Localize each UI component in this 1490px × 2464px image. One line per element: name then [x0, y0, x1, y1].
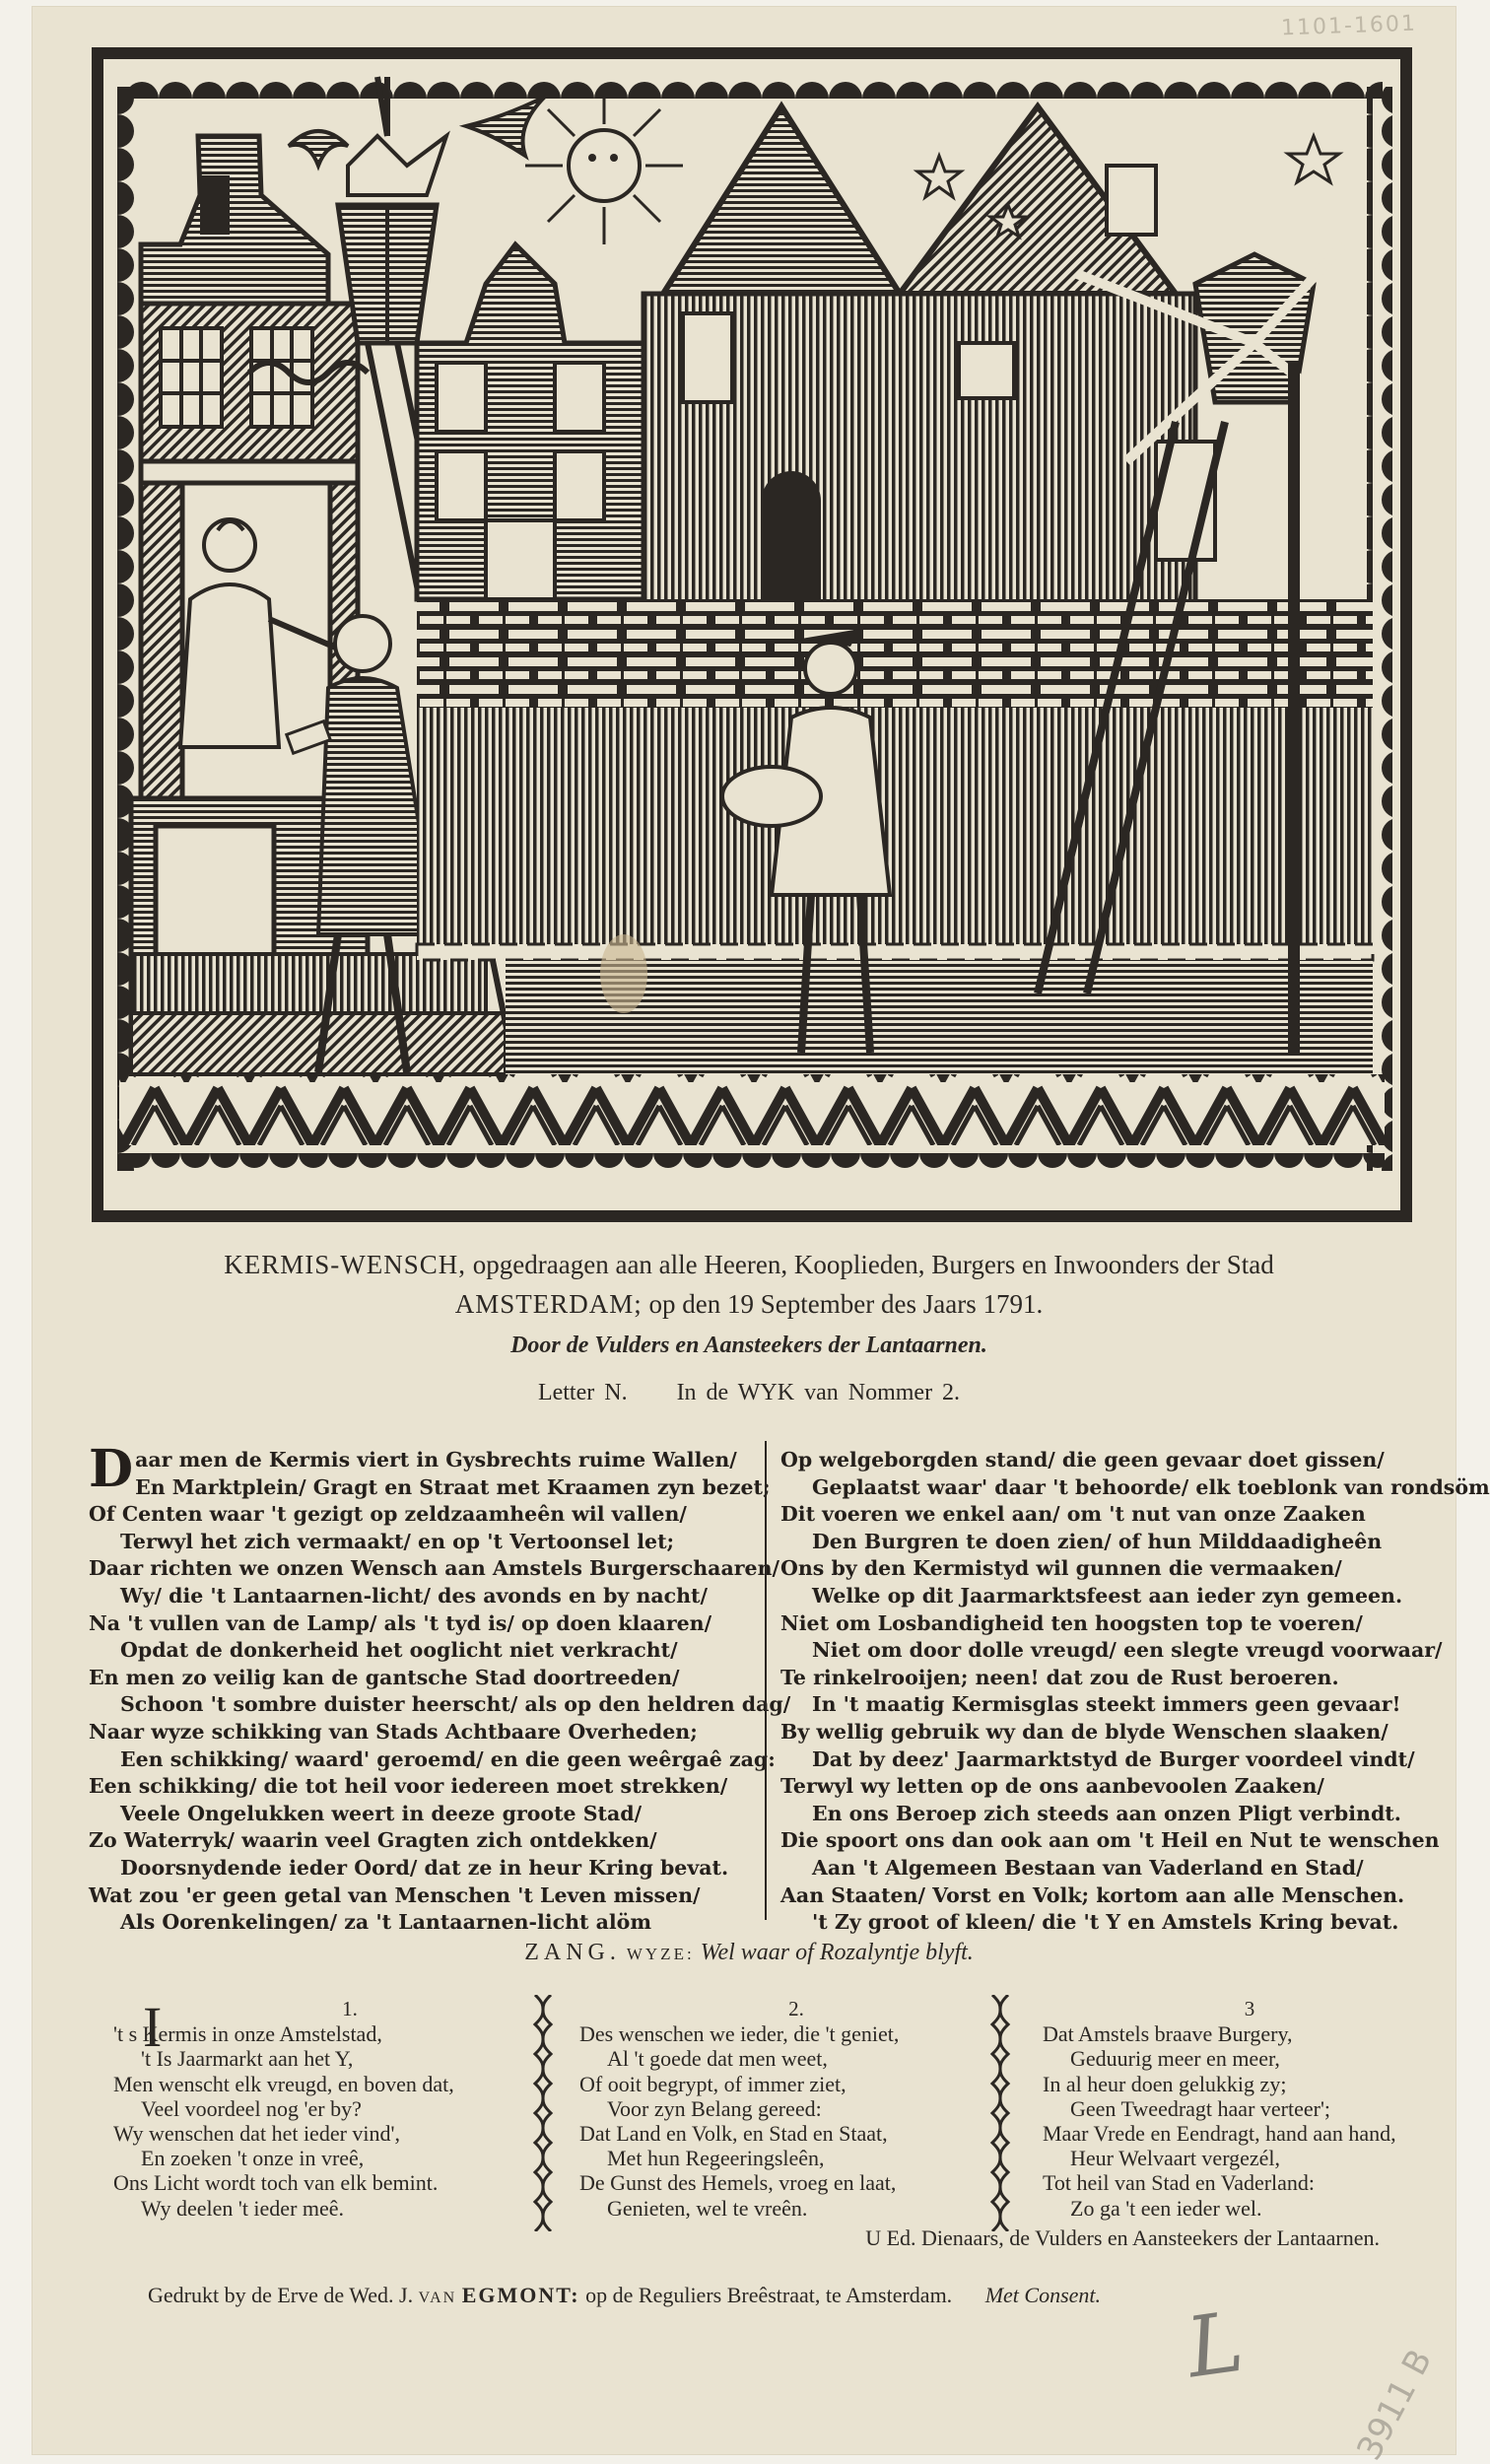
poem-line: In 't maatig Kermisglas steekt immers ge…: [780, 1691, 1470, 1719]
stanza-line: De Gunst des Hemels, vroeg en laat,: [579, 2170, 1013, 2195]
stanza-line: Dat Amstels braave Burgery,: [1043, 2021, 1456, 2046]
stanza-line: Veel voordeel nog 'er by?: [113, 2096, 527, 2121]
title-city: AMSTERDAM;: [455, 1289, 643, 1319]
wyk-label: In de WYK van Nommer 2.: [677, 1380, 961, 1405]
stanza-line: Des wenschen we ieder, die 't geniet,: [579, 2021, 1013, 2046]
stanza-line: Al 't goede dat men weet,: [579, 2046, 1013, 2071]
stanza-line: Genieten, wel te vreên.: [579, 2196, 1013, 2221]
poem-line: Daar richten we onzen Wensch aan Amstels…: [89, 1555, 759, 1583]
song-wyze-label: WYZE:: [627, 1945, 695, 1963]
poem-line: Welke op dit Jaarmarktsfeest aan ieder z…: [780, 1583, 1470, 1610]
column-divider: [765, 1441, 767, 1920]
stanza-line: Tot heil van Stad en Vaderland:: [1043, 2170, 1456, 2195]
song-tune: Wel waar of Rozalyntje blyft.: [701, 1940, 974, 1965]
broadside-title: KERMIS-WENSCH, opgedraagen aan alle Heer…: [99, 1245, 1399, 1324]
poem-line: Aan 't Algemeen Bestaan van Vaderland en…: [780, 1855, 1470, 1882]
imprint-printer: EGMONT:: [462, 2283, 580, 2307]
woodcut-illustration: [92, 47, 1412, 1222]
poem-line: Na 't vullen van de Lamp/ als 't tyd is/…: [89, 1610, 759, 1638]
braid-divider-2: [989, 1995, 1011, 2231]
poem-line: Een schikking/ waard' geroemd/ en die ge…: [89, 1746, 759, 1774]
poem-line: En men zo veilig kan de gantsche Stad do…: [89, 1665, 759, 1692]
song-heading: ZANG. WYZE: Wel waar of Rozalyntje blyft…: [99, 1940, 1399, 1966]
imprint-van: VAN: [419, 2290, 457, 2306]
imprint-prefix: Gedrukt by de Erve de Wed. J.: [148, 2283, 413, 2307]
imprint-consent: Met Consent.: [985, 2283, 1101, 2307]
title-headline-rest: opgedraagen aan alle Heeren, Kooplieden,…: [473, 1250, 1274, 1279]
poem-line: Doorsnydende ieder Oord/ dat ze in heur …: [89, 1855, 759, 1882]
letter-label: Letter N.: [538, 1380, 628, 1405]
stanza-line: Men wenscht elk vreugd, en boven dat,: [113, 2072, 527, 2096]
stanza-number: 3: [1043, 1997, 1456, 2021]
poem-line: Te rinkelrooijen; neen! dat zou de Rust …: [780, 1665, 1470, 1692]
stanza-line: Heur Welvaart vergezél,: [1043, 2146, 1456, 2170]
letter-wyk-line: Letter N. In de WYK van Nommer 2.: [99, 1380, 1399, 1406]
stanza-line: Maar Vrede en Eendragt, hand aan hand,: [1043, 2121, 1456, 2146]
poem-line: Schoon 't sombre duister heerscht/ als o…: [89, 1691, 759, 1719]
poem-line: By wellig gebruik wy dan de blyde Wensch…: [780, 1719, 1470, 1746]
poem-line: Niet om door dolle vreugd/ een slegte vr…: [780, 1637, 1470, 1665]
signoff: U Ed. Dienaars, de Vulders en Aansteeker…: [99, 2225, 1380, 2251]
poem-line: Veele Ongelukken weert in deeze groote S…: [89, 1801, 759, 1828]
stanza-line: Met hun Regeeringsleên,: [579, 2146, 1013, 2170]
imprint-address: op de Reguliers Breêstraat, te Amsterdam…: [585, 2283, 952, 2307]
poem-line: En Marktplein/ Gragt en Straat met Kraam…: [89, 1474, 759, 1502]
stanza-number: 1.: [113, 1997, 527, 2021]
stanza-line: Wy deelen 't ieder meê.: [113, 2196, 527, 2221]
poem-line: Of Centen waar 't gezigt op zeldzaamheên…: [89, 1501, 759, 1529]
poem-line: Wat zou 'er geen getal van Menschen 't L…: [89, 1882, 759, 1910]
stanza-line: Wy wenschen dat het ieder vind',: [113, 2121, 527, 2146]
poem-line: Ons by den Kermistyd wil gunnen die verm…: [780, 1555, 1470, 1583]
poem-line: Terwyl wy letten op de ons aanbevoolen Z…: [780, 1773, 1470, 1801]
poem-line: aar men de Kermis viert in Gysbrechts ru…: [89, 1447, 759, 1474]
stanza-initial: I: [143, 1999, 162, 2056]
poem-left-column: D aar men de Kermis viert in Gysbrechts …: [89, 1447, 759, 1937]
poem-line: Den Burgren te doen zien/ of hun Milddaa…: [780, 1529, 1470, 1556]
stanza-line: Geen Tweedragt haar verteer';: [1043, 2096, 1456, 2121]
stanza-line: Of ooit begrypt, of immer ziet,: [579, 2072, 1013, 2096]
stanza-line: In al heur doen gelukkig zy;: [1043, 2072, 1456, 2096]
stanza-line: En zoeken 't onze in vreê,: [113, 2146, 527, 2170]
song-stanza-3: 3 Dat Amstels braave Burgery, Geduurig m…: [1043, 1997, 1456, 2221]
stanza-line: Geduurig meer en meer,: [1043, 2046, 1456, 2071]
poem-line: Zo Waterryk/ waarin veel Gragten zich on…: [89, 1827, 759, 1855]
poem-line: Terwyl het zich vermaakt/ en op 't Verto…: [89, 1529, 759, 1556]
poem-line: En ons Beroep zich steeds aan onzen Plig…: [780, 1801, 1470, 1828]
title-headline-caps: KERMIS-WENSCH,: [224, 1250, 466, 1279]
poem-line: Dit voeren we enkel aan/ om 't nut van o…: [780, 1501, 1470, 1529]
stanza-line: Voor zyn Belang gereed:: [579, 2096, 1013, 2121]
stanza-line: Zo ga 't een ieder wel.: [1043, 2196, 1456, 2221]
poem-dropcap: D: [89, 1447, 133, 1492]
poem-line: 't Zy groot of kleen/ die 't Y en Amstel…: [780, 1909, 1470, 1937]
pencil-annotation-top: 1101-1601: [1281, 12, 1418, 41]
poem-line: Opdat de donkerheid het ooglicht niet ve…: [89, 1637, 759, 1665]
song-label: ZANG.: [524, 1940, 621, 1965]
poem-line: Aan Staaten/ Vorst en Volk; kortom aan a…: [780, 1882, 1470, 1910]
stanza-number: 2.: [579, 1997, 1013, 2021]
poem-line: Als Oorenkelingen/ za 't Lantaarnen-lich…: [89, 1909, 759, 1937]
poem-right-column: Op welgeborgden stand/ die geen gevaar d…: [780, 1447, 1470, 1937]
title-date: op den 19 September des Jaars 1791.: [649, 1289, 1044, 1319]
stanza-line: 't s Kermis in onze Amstelstad,: [113, 2021, 527, 2046]
poem-line: Geplaatst waar' daar 't behoorde/ elk to…: [780, 1474, 1470, 1502]
poem-line: Op welgeborgden stand/ die geen gevaar d…: [780, 1447, 1470, 1474]
poem-line: Wy/ die 't Lantaarnen-licht/ des avonds …: [89, 1583, 759, 1610]
poem-line: Dat by deez' Jaarmarktstyd de Burger voo…: [780, 1746, 1470, 1774]
byline: Door de Vulders en Aansteekers der Lanta…: [99, 1333, 1399, 1359]
poem-line: Die spoort ons dan ook aan om 't Heil en…: [780, 1827, 1470, 1855]
song-stanza-1: I 1. 't s Kermis in onze Amstelstad, 't …: [113, 1997, 527, 2221]
song-stanza-2: 2. Des wenschen we ieder, die 't geniet,…: [579, 1997, 1013, 2221]
stanza-line: Dat Land en Volk, en Stad en Staat,: [579, 2121, 1013, 2146]
poem-line: Naar wyze schikking van Stads Achtbaare …: [89, 1719, 759, 1746]
poem-line: Een schikking/ die tot heil voor iederee…: [89, 1773, 759, 1801]
stanza-line: Ons Licht wordt toch van elk bemint.: [113, 2170, 527, 2195]
braid-divider-1: [532, 1995, 554, 2231]
poem-line: Niet om Losbandigheid ten hoogsten top t…: [780, 1610, 1470, 1638]
stanza-line: 't Is Jaarmarkt aan het Y,: [113, 2046, 527, 2071]
